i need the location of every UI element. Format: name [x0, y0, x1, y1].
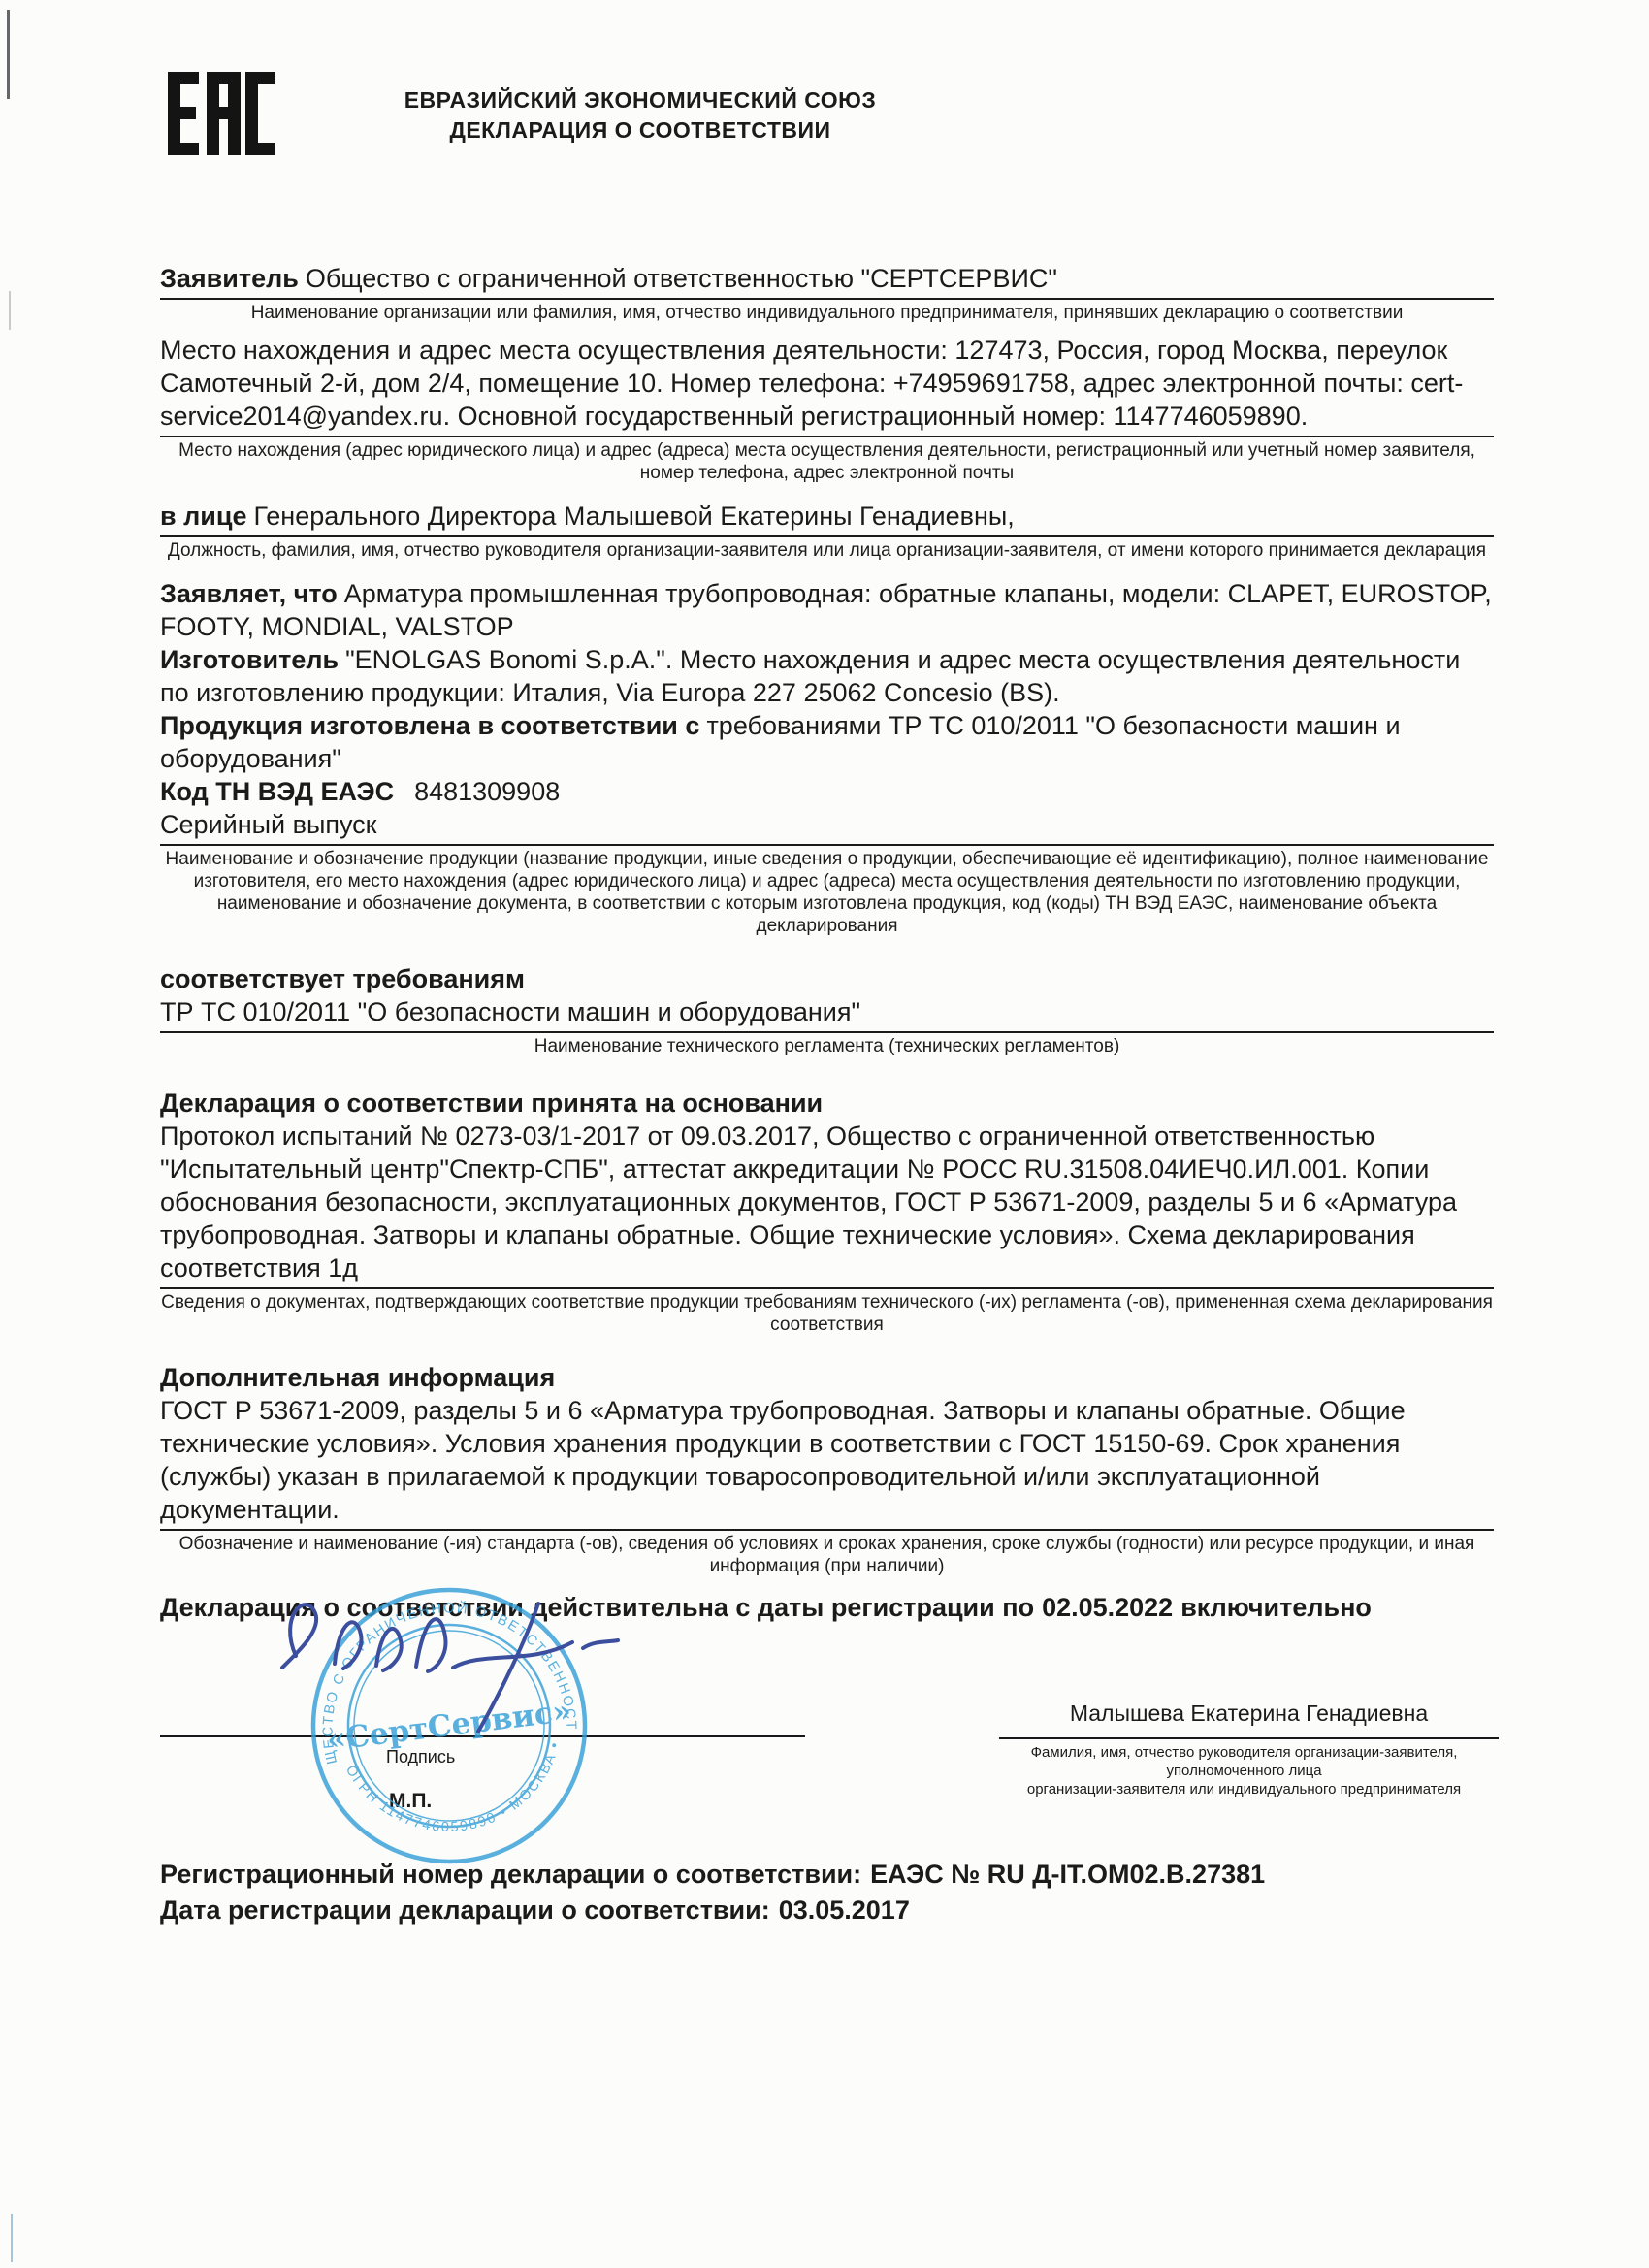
- divider-line: [160, 1031, 1494, 1033]
- product-line: Заявляет, чтоАрматура промышленная трубо…: [160, 577, 1494, 643]
- tnved-line: Код ТН ВЭД ЕАЭС8481309908: [160, 775, 1494, 808]
- validity-suffix: включительно: [1180, 1593, 1372, 1622]
- conformity-value: ТР ТС 010/2011 "О безопасности машин и о…: [160, 995, 1494, 1028]
- product-value: Арматура промышленная трубопроводная: об…: [160, 579, 1492, 641]
- basis-text: Протокол испытаний № 0273-03/1-2017 от 0…: [160, 1119, 1494, 1284]
- signatory-caption-line1: Фамилия, имя, отчество руководителя орга…: [980, 1743, 1508, 1780]
- registration-date-value: 03.05.2017: [779, 1895, 910, 1925]
- representative-label: в лице: [160, 502, 246, 531]
- applicant-caption: Наименование организации или фамилия, им…: [160, 302, 1494, 324]
- section-additional: Дополнительная информация ГОСТ Р 53671-2…: [160, 1361, 1494, 1577]
- manufacturer-label: Изготовитель: [160, 645, 339, 674]
- divider-line: [160, 1529, 1494, 1531]
- divider-line: [160, 436, 1494, 437]
- representative-line: в лицеГенерального Директора Малышевой Е…: [160, 500, 1494, 533]
- basis-label-text: Декларация о соответствии принята на осн…: [160, 1088, 823, 1118]
- conformity-caption: Наименование технического регламента (те…: [160, 1035, 1494, 1057]
- section-basis: Декларация о соответствии принята на осн…: [160, 1086, 1494, 1336]
- section-product: Заявляет, чтоАрматура промышленная трубо…: [160, 577, 1494, 937]
- stamp-ring-bottom-text: ОГРН 1147746059890 • МОСКВА •: [341, 1737, 573, 1848]
- title-union: ЕВРАЗИЙСКИЙ ЭКОНОМИЧЕСКИЙ СОЮЗ: [218, 85, 1062, 115]
- address-text: Место нахождения и адрес места осуществл…: [160, 334, 1494, 433]
- basis-caption: Сведения о документах, подтверждающих со…: [160, 1291, 1494, 1336]
- conformity-label: соответствует требованиям: [160, 962, 1494, 995]
- document-title: ЕВРАЗИЙСКИЙ ЭКОНОМИЧЕСКИЙ СОЮЗ ДЕКЛАРАЦИ…: [218, 85, 1062, 146]
- section-representative: в лицеГенерального Директора Малышевой Е…: [160, 500, 1494, 562]
- manufacturer-line: Изготовитель"ENOLGAS Bonomi S.p.A.". Мес…: [160, 643, 1494, 709]
- manufacturer-value: "ENOLGAS Bonomi S.p.A.". Место нахождени…: [160, 645, 1460, 707]
- signatory-name-line: [999, 1737, 1499, 1739]
- scan-artifact-line: [11, 2214, 13, 2262]
- address-caption: Место нахождения (адрес юридического лиц…: [160, 439, 1494, 484]
- tnved-code: 8481309908: [414, 777, 560, 806]
- declares-label: Заявляет, что: [160, 579, 338, 608]
- divider-line: [160, 1287, 1494, 1289]
- applicant-value: Общество с ограниченной ответственностью…: [306, 264, 1057, 293]
- product-caption: Наименование и обозначение продукции (на…: [160, 848, 1494, 937]
- tnved-label: Код ТН ВЭД ЕАЭС: [160, 777, 394, 806]
- signatory-caption-line2: организации-заявителя или индивидуальног…: [980, 1780, 1508, 1798]
- signature-area: ОБЩЕСТВО С ОГРАНИЧЕННОЙ ОТВЕТСТВЕННОСТЬЮ…: [160, 1650, 1494, 1849]
- document-header: ЕВРАЗИЙСКИЙ ЭКОНОМИЧЕСКИЙ СОЮЗ ДЕКЛАРАЦИ…: [160, 70, 1494, 262]
- section-address: Место нахождения и адрес места осуществл…: [160, 334, 1494, 484]
- divider-line: [160, 844, 1494, 846]
- scan-artifact-line: [9, 291, 11, 330]
- handwritten-signature: [238, 1571, 655, 1745]
- scan-artifact-line: [7, 10, 10, 99]
- section-conformity: соответствует требованиям ТР ТС 010/2011…: [160, 962, 1494, 1057]
- additional-text: ГОСТ Р 53671-2009, разделы 5 и 6 «Армату…: [160, 1394, 1494, 1526]
- basis-label: Декларация о соответствии принята на осн…: [160, 1086, 1494, 1119]
- made-label: Продукция изготовлена в соответствии с: [160, 711, 699, 740]
- conformity-label-text: соответствует требованиям: [160, 964, 525, 993]
- made-line: Продукция изготовлена в соответствии стр…: [160, 709, 1494, 775]
- signatory-name: Малышева Екатерина Генадиевна: [999, 1701, 1499, 1727]
- representative-caption: Должность, фамилия, имя, отчество руково…: [160, 539, 1494, 562]
- serial-line: Серийный выпуск: [160, 808, 1494, 841]
- document-content: ЕВРАЗИЙСКИЙ ЭКОНОМИЧЕСКИЙ СОЮЗ ДЕКЛАРАЦИ…: [160, 70, 1494, 1928]
- divider-line: [160, 535, 1494, 537]
- applicant-label: Заявитель: [160, 264, 299, 293]
- applicant-line: ЗаявительОбщество с ограниченной ответст…: [160, 262, 1494, 295]
- representative-value: Генерального Директора Малышевой Екатери…: [253, 502, 1014, 531]
- signatory-caption: Фамилия, имя, отчество руководителя орга…: [980, 1743, 1508, 1798]
- divider-line: [160, 298, 1494, 300]
- section-applicant: ЗаявительОбщество с ограниченной ответст…: [160, 262, 1494, 324]
- svg-text:ОГРН 1147746059890 • МОСКВА •: ОГРН 1147746059890 • МОСКВА •: [341, 1737, 573, 1848]
- validity-date: 02.05.2022: [1042, 1593, 1173, 1622]
- additional-label-text: Дополнительная информация: [160, 1363, 555, 1392]
- registration-number-value: ЕАЭС № RU Д-IT.ОМ02.В.27381: [870, 1860, 1265, 1889]
- additional-label: Дополнительная информация: [160, 1361, 1494, 1394]
- declaration-document: ЕВРАЗИЙСКИЙ ЭКОНОМИЧЕСКИЙ СОЮЗ ДЕКЛАРАЦИ…: [0, 0, 1649, 2268]
- title-declaration: ДЕКЛАРАЦИЯ О СООТВЕТСТВИИ: [218, 115, 1062, 146]
